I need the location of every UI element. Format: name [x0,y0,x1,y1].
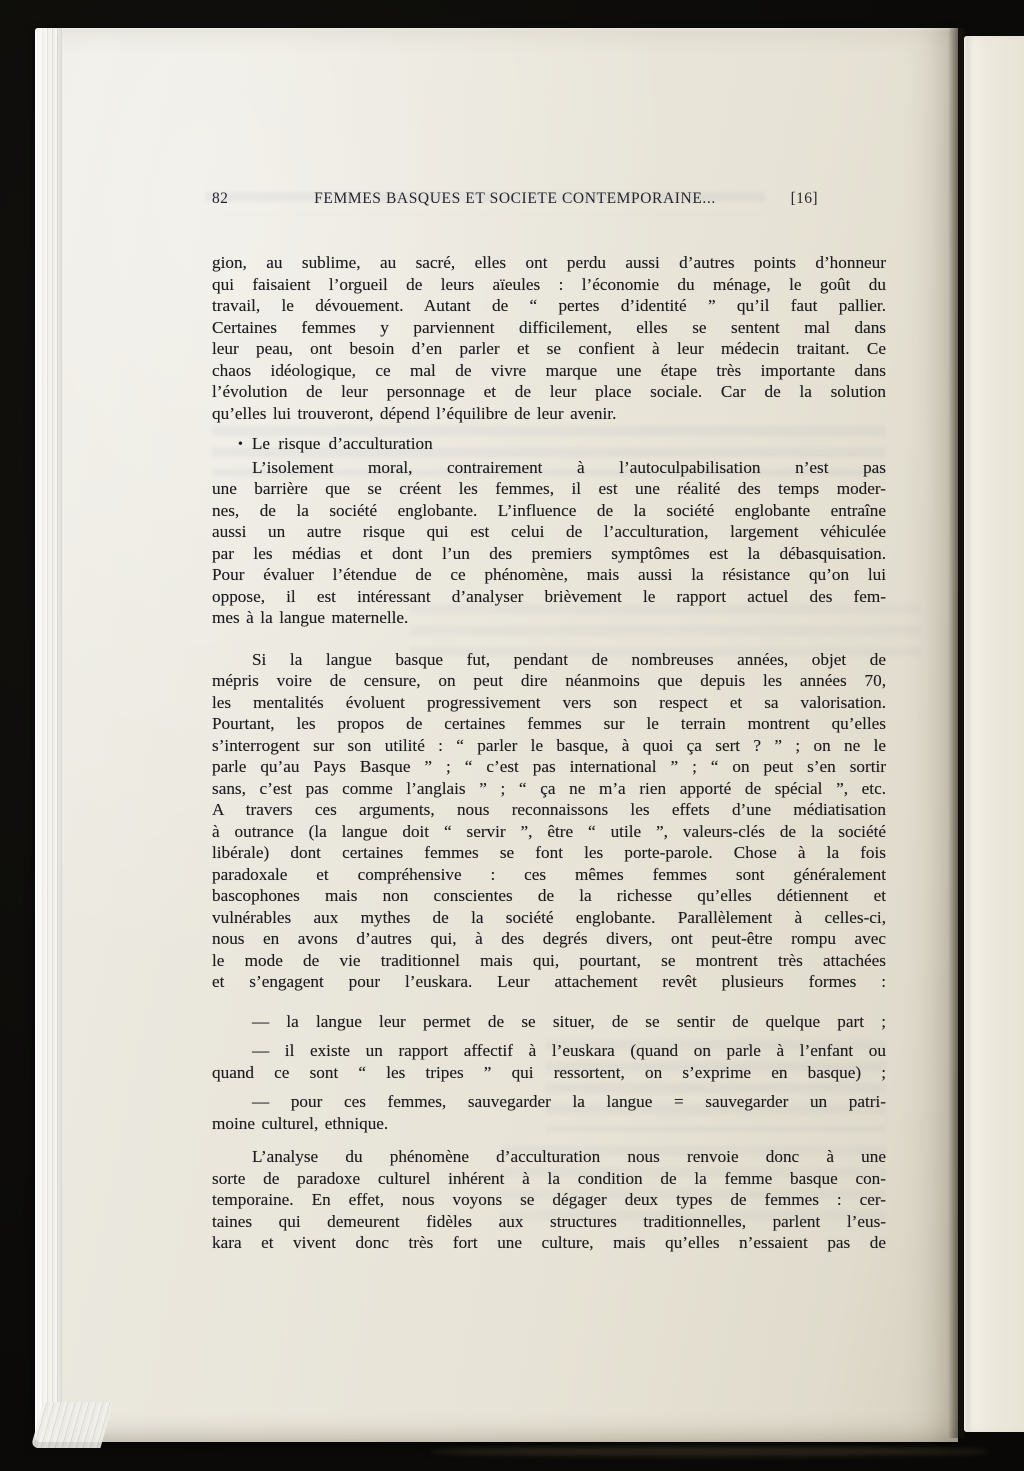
book-page: 82 FEMMES BASQUES ET SOCIETE CONTEMPORAI… [35,28,958,1442]
page-stack-fore-edge [35,28,62,1442]
text-line: A travers ces arguments, nous reconnaiss… [212,799,886,821]
text-line: paradoxale et compréhensive : ces mêmes … [212,864,886,886]
text-line: gion, au sublime, au sacré, elles ont pe… [212,252,886,274]
page-bottom-shadow [430,1447,990,1456]
text-line: qu’elles lui trouveront, dépend l’équili… [212,403,886,425]
text-line: — il existe un rapport affectif à l’eusk… [212,1040,886,1062]
text-line: nous en avons d’autres qui, à des degrés… [212,928,886,950]
text-line: sorte de paradoxe culturel inhérent à la… [212,1168,886,1190]
text-line: parle qu’au Pays Basque ” ; “ c’est pas … [212,756,886,778]
bullet-dot: • [238,437,243,452]
text-line: — pour ces femmes, sauvegarder la langue… [212,1091,886,1113]
running-header: 82 FEMMES BASQUES ET SOCIETE CONTEMPORAI… [212,190,886,212]
text-line: s’interrogent sur son utilité : “ parler… [212,735,886,757]
text-line: bascophones mais non conscientes de la r… [212,885,886,907]
text-line: et s’engagent pour l’euskara. Leur attac… [212,971,886,993]
text-line: aussi un autre risque qui est celui de l… [212,521,886,543]
heading-text: Le risque d’acculturation [252,434,433,453]
text-line: taines qui demeurent fidèles aux structu… [212,1211,886,1233]
text-line: Pour évaluer l’étendue de ce phénomène, … [212,564,886,586]
text-line: par les médias et dont l’un des premiers… [212,543,886,565]
text-line: kara et vivent donc très fort une cultur… [212,1232,886,1254]
text-line: quand ce sont “ les tripes ” qui ressort… [212,1062,886,1084]
page-stack-corner [30,1402,113,1448]
text-line: libérale) dont certaines femmes se font … [212,842,886,864]
text-line: qui faisaient l’orgueil de leurs aïeules… [212,274,886,296]
text-column: gion, au sublime, au sacré, elles ont pe… [212,252,886,1254]
text-line: mes à la langue maternelle. [212,607,886,629]
text-line: moine culturel, ethnique. [212,1113,886,1135]
text-line: leur peau, ont besoin d’en parler et se … [212,338,886,360]
book-gutter-shadow [948,28,965,1438]
text-line: Si la langue basque fut, pendant de nomb… [212,649,886,671]
facing-page-sliver [964,36,1024,1432]
text-line: l’évolution de leur personnage et de leu… [212,381,886,403]
text-line: à outrance (la langue doit “ servir ”, ê… [212,821,886,843]
text-line: nes, de la société englobante. L’influen… [212,500,886,522]
text-line: chaos idéologique, ce mal de vivre marqu… [212,360,886,382]
running-title: FEMMES BASQUES ET SOCIETE CONTEMPORAINE.… [212,190,818,208]
text-line: Pourtant, les propos de certaines femmes… [212,713,886,735]
list-item-2: — il existe un rapport affectif à l’eusk… [212,1040,886,1083]
text-line: vulnérables aux mythes de la société eng… [212,907,886,929]
text-line: les mentalités évoluent progressivement … [212,692,886,714]
paragraph-3: Si la langue basque fut, pendant de nomb… [212,649,886,993]
paragraph-2: L’isolement moral, contrairement à l’aut… [212,457,886,629]
text-line: temporaine. En effet, nous voyons se dég… [212,1189,886,1211]
section-heading: •Le risque d’acculturation [212,433,886,455]
list-item-1: — la langue leur permet de se situer, de… [212,1011,886,1033]
paragraph-1: gion, au sublime, au sacré, elles ont pe… [212,252,886,424]
text-line: travail, le dévouement. Autant de “ pert… [212,295,886,317]
page-reference: [16] [791,190,818,208]
text-line: L’analyse du phénomène d’acculturation n… [212,1146,886,1168]
text-line: mépris voire de censure, on peut dire né… [212,670,886,692]
list-item-3: — pour ces femmes, sauvegarder la langue… [212,1091,886,1134]
text-line: une barrière que se créent les femmes, i… [212,478,886,500]
paragraph-4: L’analyse du phénomène d’acculturation n… [212,1146,886,1254]
text-line: Certaines femmes y parviennent difficile… [212,317,886,339]
text-line: le mode de vie traditionnel mais qui, po… [212,950,886,972]
text-line: oppose, il est intéressant d’analyser br… [212,586,886,608]
photographed-book-spread: 82 FEMMES BASQUES ET SOCIETE CONTEMPORAI… [0,0,1024,1471]
text-line: — la langue leur permet de se situer, de… [212,1011,886,1033]
text-line: L’isolement moral, contrairement à l’aut… [212,457,886,479]
text-line: sans, c’est pas comme l’anglais ” ; “ ça… [212,778,886,800]
